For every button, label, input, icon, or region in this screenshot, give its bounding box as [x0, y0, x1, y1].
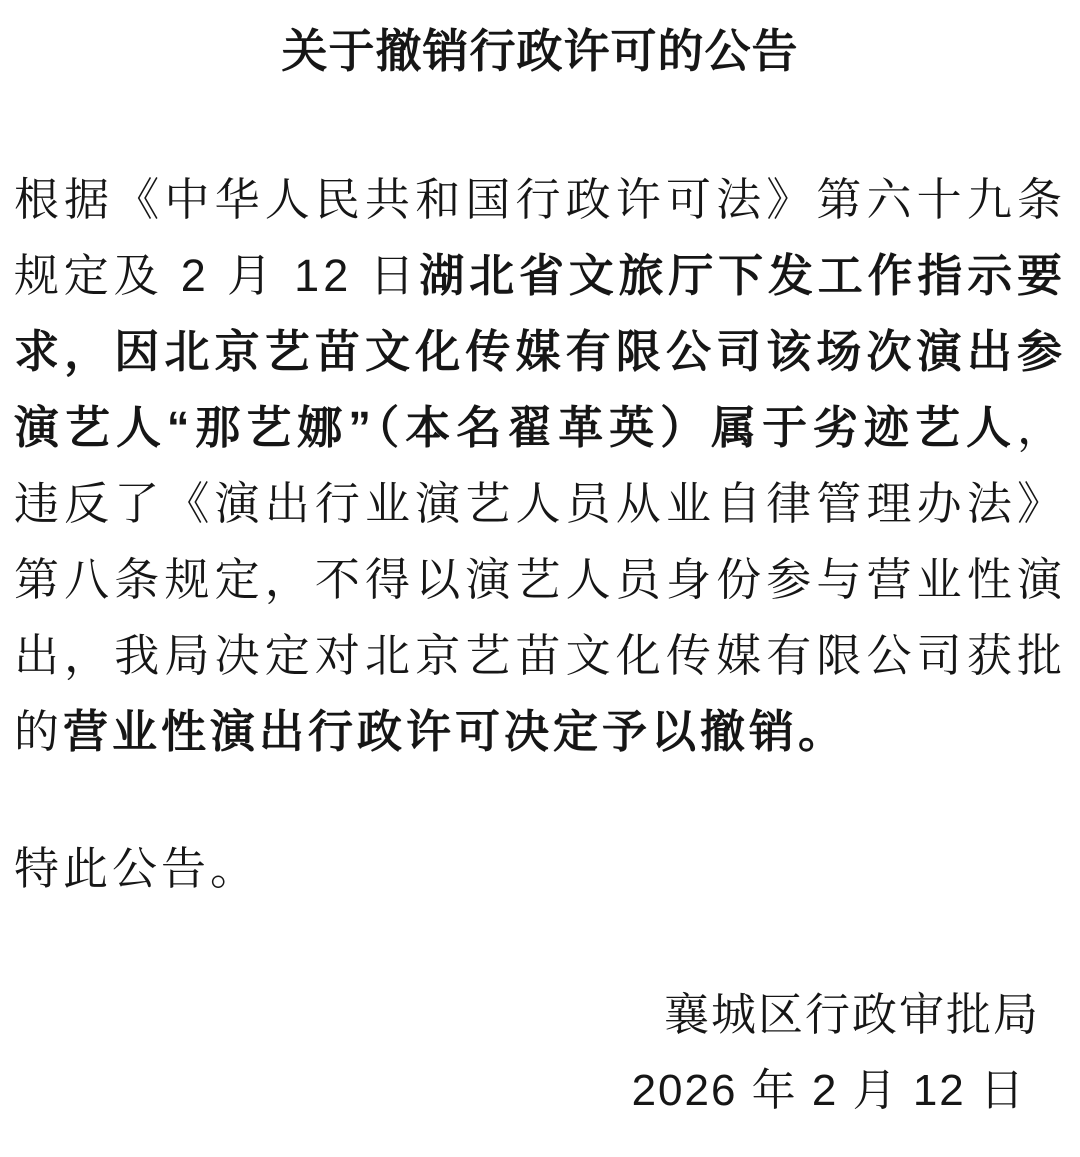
announcement-body: 根据《中华人民共和国行政许可法》第六十九条规定及 2 月 12 日湖北省文旅厅下…	[14, 162, 1066, 770]
closing-text: 特此公告。	[14, 831, 1066, 907]
body-text-segment: ，违反了《演出行业演艺人员从业自律管理办法》第八条规定，不得以演艺人员身份参与营…	[14, 402, 1066, 757]
emphasized-text-segment: 营业性演出行政许可决定予以撤销。	[63, 706, 847, 757]
signature-date: 2026 年 2 月 12 日	[14, 1053, 1066, 1129]
page-title: 关于撤销行政许可的公告	[14, 0, 1066, 78]
signature-issuer: 襄城区行政审批局	[14, 977, 1066, 1053]
announcement-document: 关于撤销行政许可的公告 根据《中华人民共和国行政许可法》第六十九条规定及 2 月…	[0, 0, 1080, 1129]
